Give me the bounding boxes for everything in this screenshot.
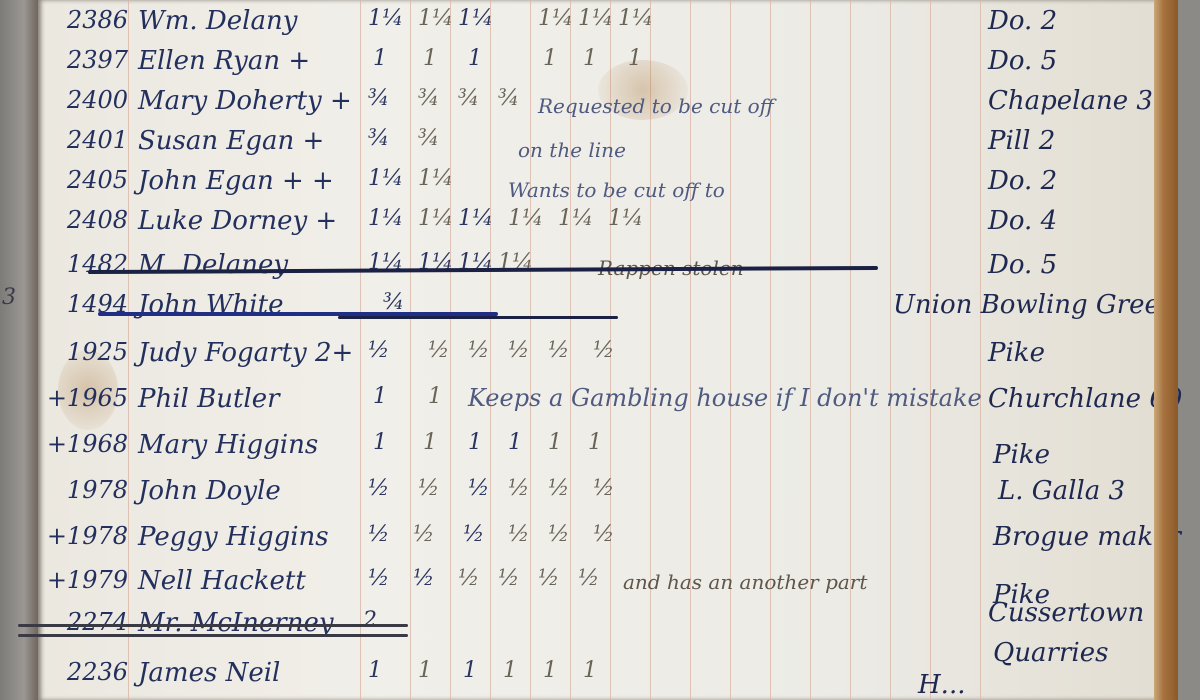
entry-value: ¾ (368, 86, 389, 111)
entry-value: 1¼ (458, 206, 493, 231)
entry-place: Do. 2 (988, 6, 1057, 36)
entry-number: +1968 (38, 430, 128, 458)
strikethrough-line (18, 634, 408, 637)
margin-mark: 3 (2, 285, 16, 310)
entry-value: 1 (588, 430, 602, 455)
ledger-row: 1925 Judy Fogarty 2+ ½ ½ ½ ½ ½ ½ Pike (38, 338, 1178, 376)
entry-value: ½ (463, 522, 484, 547)
entry-note: Wants to be cut off to (508, 178, 725, 202)
entry-value: ½ (498, 566, 519, 591)
entry-value: ¾ (418, 126, 439, 151)
entry-name: Mary Doherty + (138, 86, 352, 116)
ledger-row: 1978 John Doyle ½ ½ ½ ½ ½ ½ L. Galla 3 (38, 476, 1178, 514)
bottom-fragment: H... (918, 670, 965, 700)
entry-value: 1 (548, 430, 562, 455)
entry-value: ½ (593, 476, 614, 501)
entry-number: +1965 (38, 384, 128, 412)
entry-value: 1¼ (618, 6, 653, 31)
entry-value: 1 (503, 658, 517, 683)
entry-name: Luke Dorney + (138, 206, 337, 236)
entry-value: ½ (368, 338, 389, 363)
entry-value: 1¼ (418, 6, 453, 31)
entry-place: Do. 5 (988, 250, 1057, 280)
entry-name: James Neil (138, 658, 280, 688)
entry-value: ½ (578, 566, 599, 591)
entry-value: ½ (538, 566, 559, 591)
entry-place: Pike (993, 440, 1050, 470)
entry-number: 2386 (38, 6, 128, 34)
entry-number: 2405 (38, 166, 128, 194)
ledger-row: +1968 Mary Higgins 1 1 1 1 1 1 Pike (38, 430, 1178, 468)
entry-name: Susan Egan + (138, 126, 324, 156)
entry-place: Do. 4 (988, 206, 1057, 236)
entry-name: John Doyle (138, 476, 281, 506)
entry-place: L. Galla 3 (998, 476, 1125, 506)
entry-value: 1¼ (368, 206, 403, 231)
entry-number: +1978 (38, 522, 128, 550)
entry-number: 2401 (38, 126, 128, 154)
entry-value: ½ (368, 476, 389, 501)
entry-value: ¾ (368, 126, 389, 151)
entry-number: 2400 (38, 86, 128, 114)
entry-place: Cussertown (988, 598, 1144, 628)
entry-name: Wm. Delany (138, 6, 297, 36)
ledger-row-struck: 1482 M. Delaney 1¼ 1¼ 1¼ 1¼ Rappen stole… (38, 250, 1178, 288)
entry-value: 1¼ (418, 206, 453, 231)
entry-value: ½ (413, 566, 434, 591)
entry-place: Chapelane 3 (988, 86, 1153, 116)
entry-value: ½ (368, 522, 389, 547)
entry-value: 1 (368, 658, 382, 683)
entry-value: 1 (373, 384, 387, 409)
entry-value: ½ (468, 338, 489, 363)
entry-value: ¾ (458, 86, 479, 111)
entry-value: ½ (593, 338, 614, 363)
entry-name: M. Delaney (138, 250, 288, 280)
entry-value: 2 (363, 608, 377, 633)
entry-name: Peggy Higgins (138, 522, 329, 552)
entry-value: 1 (583, 658, 597, 683)
entry-place: Do. 5 (988, 46, 1057, 76)
ledger-row: +1978 Peggy Higgins ½ ½ ½ ½ ½ ½ Brogue m… (38, 522, 1178, 560)
entry-number: 2274 (38, 608, 128, 636)
entry-value: 1¼ (368, 166, 403, 191)
entry-value: 1 (583, 46, 597, 71)
entry-value: 1¼ (368, 6, 403, 31)
entry-value: ½ (468, 476, 489, 501)
ledger-row: 2386 Wm. Delany 1¼ 1¼ 1¼ 1¼ 1¼ 1¼ Do. 2 (38, 6, 1178, 44)
strikethrough-line (18, 624, 408, 627)
entry-value: ½ (508, 338, 529, 363)
entry-value: 1¼ (608, 206, 643, 231)
entry-value: 1 (543, 658, 557, 683)
entry-value: 1 (423, 430, 437, 455)
entry-place: Pill 2 (988, 126, 1055, 156)
entry-note: and has an another part (623, 570, 867, 594)
entry-value: 1¼ (538, 6, 573, 31)
entry-place: Brogue maker (993, 522, 1181, 552)
entry-number: +1979 (38, 566, 128, 594)
entry-value: 1 (373, 430, 387, 455)
ledger-row: 2397 Ellen Ryan + 1 1 1 1 1 1 Do. 5 (38, 46, 1178, 84)
entry-note: on the line (518, 138, 626, 162)
entry-value: 1 (463, 658, 477, 683)
entry-value: ¾ (418, 86, 439, 111)
entry-value: 1 (543, 46, 557, 71)
entry-value: 1¼ (418, 166, 453, 191)
entry-value: ½ (548, 476, 569, 501)
ledger-row: 2408 Luke Dorney + 1¼ 1¼ 1¼ 1¼ 1¼ 1¼ Do.… (38, 206, 1178, 244)
entry-value: ½ (548, 338, 569, 363)
entry-value: 1 (628, 46, 642, 71)
entry-value: ½ (413, 522, 434, 547)
entry-place: Pike (988, 338, 1045, 368)
entry-value: 1 (373, 46, 387, 71)
entry-value: ¾ (498, 86, 519, 111)
entry-value: ½ (508, 476, 529, 501)
entry-value: 1 (428, 384, 442, 409)
entry-number: 1925 (38, 338, 128, 366)
strikethrough-line (338, 316, 618, 319)
entry-value: 1 (508, 430, 522, 455)
ledger-row: 2405 John Egan + + 1¼ 1¼ Wants to be cut… (38, 166, 1178, 204)
entry-place: Union Bowling Green (893, 290, 1177, 320)
entry-number: 2397 (38, 46, 128, 74)
entry-value: ½ (593, 522, 614, 547)
book-spine (1154, 0, 1178, 700)
entry-name: Ellen Ryan + (138, 46, 310, 76)
entry-value: ½ (508, 522, 529, 547)
ledger-row: 2400 Mary Doherty + ¾ ¾ ¾ ¾ Requested to… (38, 86, 1178, 124)
entry-note: Keeps a Gambling house if I don't mistak… (468, 384, 982, 412)
entry-value: 1¼ (508, 206, 543, 231)
entry-name: Phil Butler (138, 384, 280, 414)
entry-name: Nell Hackett (138, 566, 306, 596)
entry-value: 1 (468, 46, 482, 71)
ledger-page: 2386 Wm. Delany 1¼ 1¼ 1¼ 1¼ 1¼ 1¼ Do. 2 … (38, 0, 1178, 700)
entry-number: 1978 (38, 476, 128, 504)
entry-value: ½ (418, 476, 439, 501)
entry-value: ½ (548, 522, 569, 547)
entry-name: John Egan + + (138, 166, 334, 196)
entry-name: Judy Fogarty 2+ (138, 338, 353, 368)
entry-value: 1¼ (578, 6, 613, 31)
entry-value: ½ (368, 566, 389, 591)
ledger-row: +1965 Phil Butler 1 1 Keeps a Gambling h… (38, 384, 1178, 422)
entry-number: 2236 (38, 658, 128, 686)
entry-name: Mary Higgins (138, 430, 318, 460)
entry-value: ½ (458, 566, 479, 591)
entry-value: 1¼ (458, 6, 493, 31)
ledger-row: 2236 James Neil 1 1 1 1 1 1 Quarries H..… (38, 658, 1178, 696)
ledger-row-struck: 1494 John White ¾ Union Bowling Green (38, 290, 1178, 328)
entry-place: Quarries (993, 638, 1108, 668)
adjacent-page-edge: 3 (0, 0, 40, 700)
entry-value: 1¼ (558, 206, 593, 231)
entry-value: 1 (468, 430, 482, 455)
entry-place: Do. 2 (988, 166, 1057, 196)
ledger-row: 2401 Susan Egan + ¾ ¾ on the line Pill 2 (38, 126, 1178, 164)
entry-note: Requested to be cut off (538, 94, 774, 118)
entry-value: 1 (423, 46, 437, 71)
entry-number: 2408 (38, 206, 128, 234)
entry-value: ½ (428, 338, 449, 363)
entry-value: 1 (418, 658, 432, 683)
